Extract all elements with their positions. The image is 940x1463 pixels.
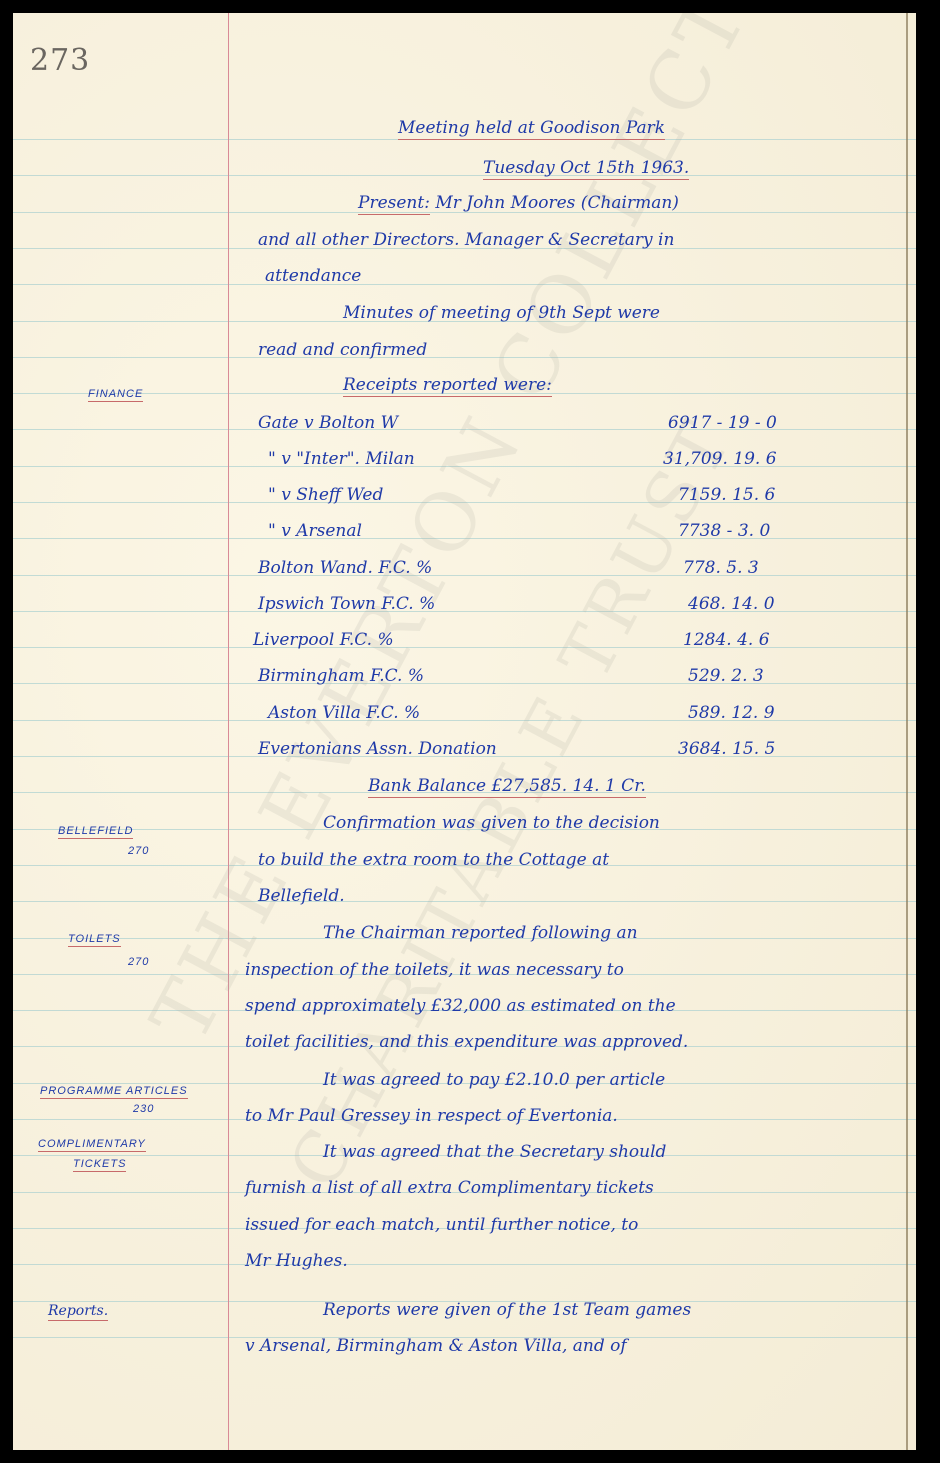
margin-label-complimentary: COMPLIMENTARY — [38, 1138, 146, 1152]
receipt-label: " v "Inter". Milan — [268, 449, 415, 469]
page-number: 273 — [30, 43, 90, 78]
complimentary-line-1: It was agreed that the Secretary should — [323, 1142, 666, 1162]
receipt-label: Gate v Bolton W — [258, 413, 398, 433]
ruled-line — [13, 575, 916, 576]
reports-line-1: Reports were given of the 1st Team games — [323, 1300, 691, 1320]
toilets-line-2: inspection of the toilets, it was necess… — [245, 960, 624, 980]
reports-line-2: v Arsenal, Birmingham & Aston Villa, and… — [245, 1336, 627, 1356]
minutes-line-1: Minutes of meeting of 9th Sept were — [343, 303, 660, 323]
receipt-label: Ipswich Town F.C. % — [258, 594, 435, 614]
receipt-label: " v Arsenal — [268, 521, 362, 541]
receipt-amount: 1284. 4. 6 — [683, 630, 770, 650]
receipt-amount: 529. 2. 3 — [688, 666, 764, 686]
receipts-intro: Receipts reported were: — [343, 375, 552, 397]
margin-label-programme: PROGRAMME ARTICLES — [40, 1085, 188, 1099]
complimentary-line-2: furnish a list of all extra Complimentar… — [245, 1178, 654, 1198]
bellefield-line-3: Bellefield. — [258, 886, 345, 906]
present-text: Mr John Moores (Chairman) — [435, 193, 679, 213]
bank-balance: Bank Balance £27,585. 14. 1 Cr. — [368, 776, 646, 798]
receipt-amount: 7159. 15. 6 — [678, 485, 775, 505]
ruled-line — [13, 611, 916, 612]
ruled-line — [13, 720, 916, 721]
present-line-3: attendance — [265, 266, 361, 286]
ruled-line — [13, 901, 916, 902]
ruled-line — [13, 284, 916, 285]
present-label: Present: — [358, 193, 430, 215]
receipt-label: Birmingham F.C. % — [258, 666, 424, 686]
meeting-date: Tuesday Oct 15th 1963. — [483, 158, 689, 180]
ruled-line — [13, 357, 916, 358]
minutes-line-2: read and confirmed — [258, 340, 427, 360]
bellefield-line-2: to build the extra room to the Cottage a… — [258, 850, 609, 870]
margin-ref-toilets: 270 — [128, 956, 149, 968]
receipt-label: Bolton Wand. F.C. % — [258, 558, 432, 578]
ruled-line — [13, 683, 916, 684]
margin-ref-bellefield: 270 — [128, 845, 149, 857]
receipt-label: " v Sheff Wed — [268, 485, 383, 505]
meeting-heading: Meeting held at Goodison Park — [398, 118, 665, 140]
margin-label-tickets: TICKETS — [73, 1158, 126, 1172]
margin-rule — [228, 13, 229, 1450]
toilets-line-1: The Chairman reported following an — [323, 923, 638, 943]
receipt-label: Evertonians Assn. Donation — [258, 739, 497, 759]
programme-line-2: to Mr Paul Gressey in respect of Everton… — [245, 1106, 618, 1126]
ledger-page: THE EVERTON COLLECTION CHARITABLE TRUST … — [13, 13, 916, 1450]
margin-label-toilets: TOILETS — [68, 933, 121, 947]
page-edge — [906, 13, 908, 1450]
ruled-line — [13, 175, 916, 176]
margin-label-reports: Reports. — [48, 1303, 108, 1321]
receipt-amount: 3684. 15. 5 — [678, 739, 775, 759]
receipt-label: Liverpool F.C. % — [253, 630, 394, 650]
ruled-line — [13, 502, 916, 503]
receipt-amount: 468. 14. 0 — [688, 594, 775, 614]
complimentary-line-3: issued for each match, until further not… — [245, 1215, 638, 1235]
ruled-line — [13, 538, 916, 539]
present-line-2: and all other Directors. Manager & Secre… — [258, 230, 674, 250]
ruled-line — [13, 429, 916, 430]
margin-label-finance: FINANCE — [88, 388, 143, 402]
receipt-amount: 778. 5. 3 — [683, 558, 759, 578]
ruled-line — [13, 1264, 916, 1265]
receipt-amount: 6917 - 19 - 0 — [668, 413, 777, 433]
receipt-amount: 589. 12. 9 — [688, 703, 775, 723]
toilets-line-4: toilet facilities, and this expenditure … — [245, 1032, 688, 1052]
bellefield-line-1: Confirmation was given to the decision — [323, 813, 660, 833]
programme-line-1: It was agreed to pay £2.10.0 per article — [323, 1070, 665, 1090]
present-line: Present: Mr John Moores (Chairman) — [358, 193, 679, 213]
margin-label-bellefield: BELLEFIELD — [58, 825, 133, 839]
toilets-line-3: spend approximately £32,000 as estimated… — [245, 996, 676, 1016]
complimentary-line-4: Mr Hughes. — [245, 1251, 348, 1271]
ruled-line — [13, 466, 916, 467]
margin-ref-programme: 230 — [133, 1103, 154, 1115]
receipt-label: Aston Villa F.C. % — [268, 703, 420, 723]
ruled-line — [13, 647, 916, 648]
receipt-amount: 31,709. 19. 6 — [663, 449, 777, 469]
receipt-amount: 7738 - 3. 0 — [678, 521, 770, 541]
